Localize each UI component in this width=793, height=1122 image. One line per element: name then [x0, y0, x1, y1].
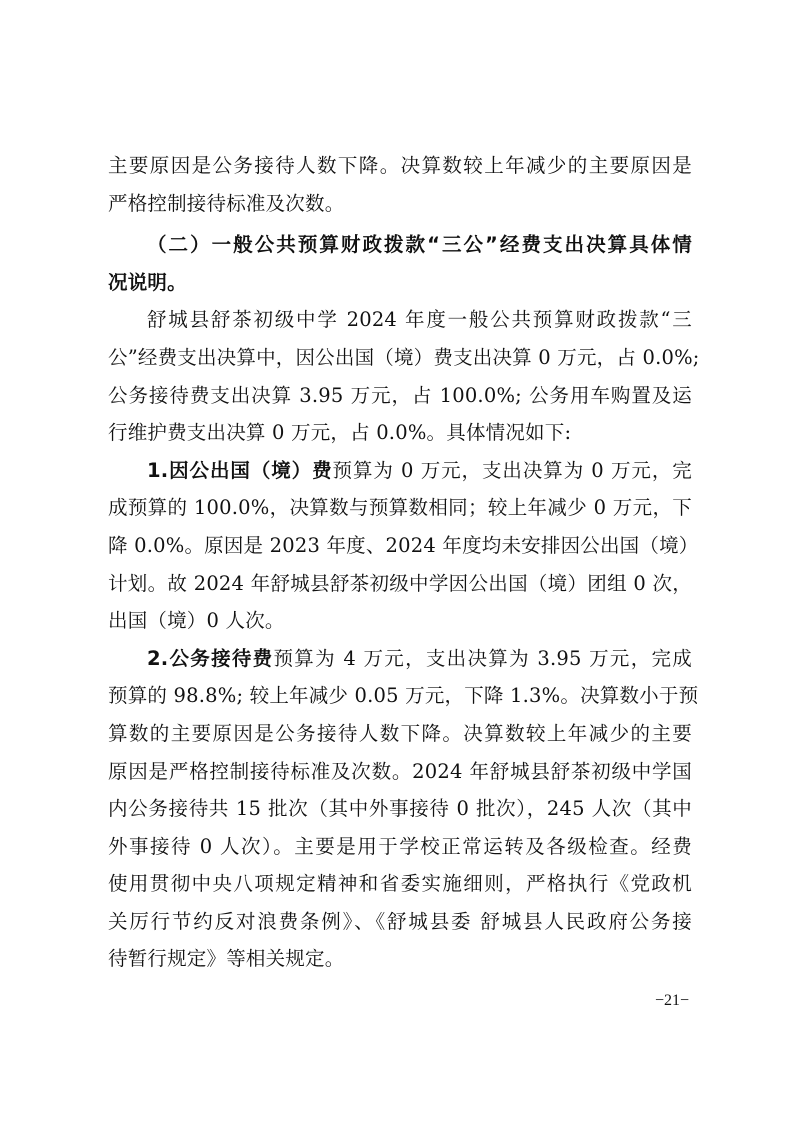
text-line: 计划。故 2024 年舒城县舒茶初级中学因公出国（境）团组 0 次，: [108, 565, 692, 603]
text-line: 原因是严格控制接待标准及次数。2024 年舒城县舒茶初级中学国: [108, 753, 692, 791]
text-line: 行维护费支出决算 0 万元，占 0.0%。具体情况如下:: [108, 414, 692, 452]
document-page: 主要原因是公务接待人数下降。决算数较上年减少的主要原因是 严格控制接待标准及次数…: [108, 147, 692, 978]
text-line: 严格控制接待标准及次数。: [108, 185, 692, 223]
text-line: 降 0.0%。原因是 2023 年度、2024 年度均未安排因公出国（境）: [108, 527, 692, 565]
item1-first-line: 1.因公出国（境）费预算为 0 万元，支出决算为 0 万元，完: [108, 452, 692, 490]
text-line: 公”经费支出决算中，因公出国（境）费支出决算 0 万元，占 0.0%;: [108, 339, 692, 377]
text-line: 内公务接待共 15 批次（其中外事接待 0 批次），245 人次（其中: [108, 790, 692, 828]
text-line: 待暂行规定》等相关规定。: [108, 940, 692, 978]
item1-title: 1.因公出国（境）费: [147, 459, 333, 482]
text-line: 舒城县舒茶初级中学 2024 年度一般公共预算财政拨款“三: [108, 301, 692, 339]
section-heading: （二）一般公共预算财政拨款“三公”经费支出决算具体情: [108, 226, 692, 264]
text-line: 成预算的 100.0%，决算数与预算数相同；较上年减少 0 万元，下: [108, 489, 692, 527]
text-line: 公务接待费支出决算 3.95 万元，占 100.0%; 公务用车购置及运: [108, 377, 692, 415]
text-line: 使用贯彻中央八项规定精神和省委实施细则，严格执行《党政机: [108, 865, 692, 903]
text-line: 出国（境）0 人次。: [108, 602, 692, 640]
text-line: 预算的 98.8%; 较上年减少 0.05 万元，下降 1.3%。决算数小于预: [108, 677, 692, 715]
section-heading-cont: 况说明。: [108, 264, 692, 302]
item2-title: 2.公务接待费: [147, 647, 273, 670]
page-number: −21−: [655, 992, 689, 1010]
text-line: 外事接待 0 人次）。主要是用于学校正常运转及各级检查。经费: [108, 828, 692, 866]
text-line: 算数的主要原因是公务接待人数下降。决算数较上年减少的主要: [108, 715, 692, 753]
item2-first-line: 2.公务接待费预算为 4 万元，支出决算为 3.95 万元，完成: [108, 640, 692, 678]
text-line: 关厉行节约反对浪费条例》、《舒城县委 舒城县人民政府公务接: [108, 903, 692, 941]
text-line: 主要原因是公务接待人数下降。决算数较上年减少的主要原因是: [108, 147, 692, 185]
